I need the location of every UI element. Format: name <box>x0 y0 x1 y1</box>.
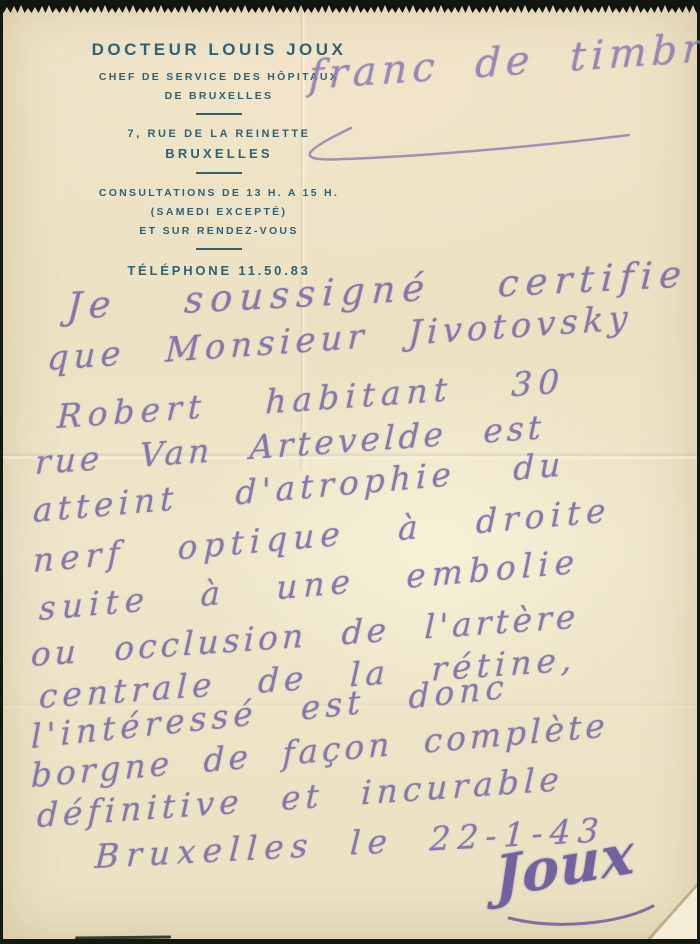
letterhead-divider <box>196 113 242 115</box>
torn-paper-top-edge <box>0 0 700 22</box>
document-scan: DOCTEUR LOUIS JOUX CHEF DE SERVICE DES H… <box>0 0 700 944</box>
handwritten-stamp-exemption-note: franc de timbre <box>308 26 700 96</box>
consultation-note: (SAMEDI EXCEPTÉ) <box>63 206 375 218</box>
underline-flourish <box>285 116 645 172</box>
letter-paper: DOCTEUR LOUIS JOUX CHEF DE SERVICE DES H… <box>3 2 697 939</box>
letterhead-divider <box>196 248 242 250</box>
letterhead-divider <box>196 172 242 174</box>
appointments-note: ET SUR RENDEZ-VOUS <box>63 225 375 237</box>
signature-underline-flourish <box>501 880 671 930</box>
scan-edge-mark <box>75 935 171 939</box>
consultation-hours: CONSULTATIONS DE 13 H. A 15 H. <box>63 187 375 199</box>
folded-corner <box>651 887 697 939</box>
